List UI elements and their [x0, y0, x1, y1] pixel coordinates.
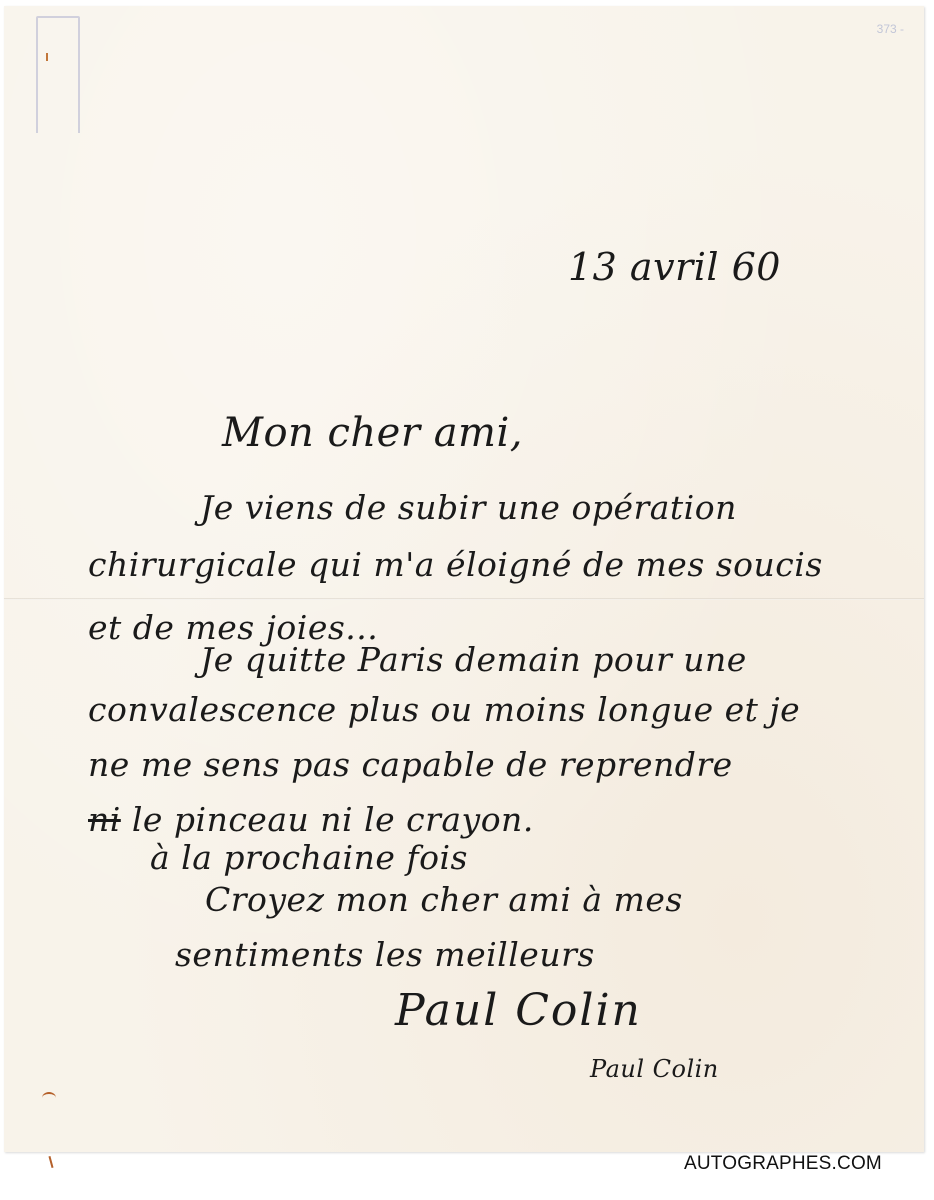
body-line-8: à la prochaine fois — [150, 838, 468, 877]
body-line-9: Croyez mon cher ami à mes — [205, 880, 683, 919]
body-line-5: convalescence plus ou moins longue et je — [88, 690, 800, 729]
body-line-7: ni le pinceau ni le crayon. — [88, 800, 534, 839]
paper-fold-line — [4, 598, 924, 600]
body-line-1: Je viens de subir une opération — [200, 488, 737, 527]
rust-stain-dash — [48, 1156, 53, 1168]
corner-pencil-note: 373 - — [877, 22, 904, 36]
body-line-7-text: le pinceau ni le crayon. — [132, 800, 534, 839]
body-line-6: ne me sens pas capable de reprendre — [88, 745, 733, 784]
body-line-4: Je quitte Paris demain pour une — [200, 640, 747, 679]
printed-name: Paul Colin — [590, 1055, 719, 1083]
letter-date: 13 avril 60 — [568, 245, 781, 289]
signature: Paul Colin — [395, 985, 642, 1036]
rust-stain-arc — [42, 1092, 56, 1104]
struck-word: ni — [88, 800, 121, 839]
paperclip-mark — [36, 16, 80, 133]
body-line-10: sentiments les meilleurs — [175, 935, 595, 974]
body-line-2: chirurgicale qui m'a éloigné de mes souc… — [88, 545, 823, 584]
letter-salutation: Mon cher ami, — [222, 410, 523, 456]
watermark: AUTOGRAPHES.COM — [684, 1153, 882, 1175]
